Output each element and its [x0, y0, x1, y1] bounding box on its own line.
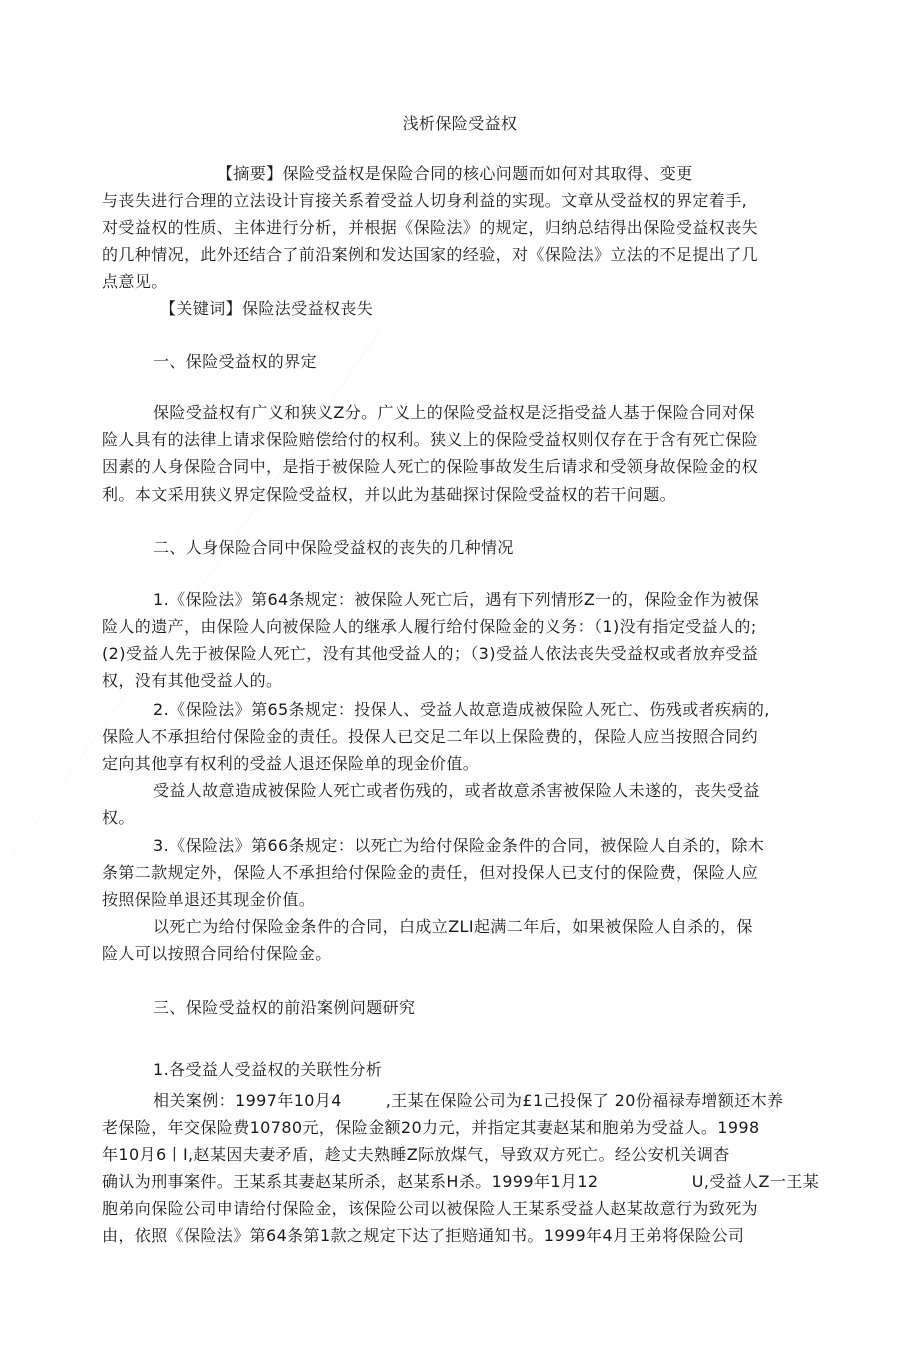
paragraph-line: 权，没有其他受益人的。 [102, 671, 282, 691]
abstract-line: 点意见。 [102, 272, 168, 292]
paragraph-line: 因素的人身保险合同中，是指于被保险人死亡的保险事故发生后请求和受领身故保险金的权 [102, 457, 758, 477]
paragraph-line: 险人的遗产，由保险人向被保险人的继承人履行给付保险金的义务：（1)没有指定受益人… [102, 617, 757, 637]
paragraph-line: 3.《保险法》第66条规定：以死亡为给付保险金条件的合同，被保险人自杀的，除木 [153, 836, 764, 856]
paragraph-line: 险人可以按照合同给付保险金。 [102, 944, 332, 964]
paragraph-line: 保险受益权有广义和狭义Z分。广义上的保险受益权是泛指受益人基于保险合同对保 [153, 403, 755, 423]
abstract-line: 对受益权的性质、主体进行分析，并根据《保险法》的规定，归纳总结得出保险受益权丧失 [102, 218, 758, 238]
section-heading: 三、保险受益权的前沿案例问题研究 [153, 998, 415, 1018]
paragraph-line: 年10月6丨I,赵某因夫妻矛盾，趁丈夫熟睡Z际放煤气，导致双方死亡。经公安机关调… [102, 1145, 730, 1165]
abstract-line: 与丧失进行合理的立法设计肓接关系着受益人切身利益的实现。文章从受益权的界定着手, [102, 191, 747, 211]
abstract-line: 的几种情况，此外还结合了前沿案例和发达国家的经验，对《保险法》立法的不足提出了几 [102, 245, 758, 265]
subsection-heading: 1.各受益人受益权的关联性分析 [153, 1060, 382, 1080]
paragraph-line: 权。 [102, 808, 135, 828]
paragraph-line: 受益人故意造成被保险人死亡或者伤残的，或者故意杀害被保险人未遂的，丧失受益 [153, 781, 760, 801]
paragraph-line: 险人具有的法律上请求保险赔偿给付的权利。狭义上的保险受益权则仅存在于含有死亡保险 [102, 430, 758, 450]
paragraph-line: 1.《保险法》第64条规定：被保险人死亡后，遇有下列情形Z一的，保险金作为被保 [153, 590, 759, 610]
paragraph-line: 胞弟向保险公司申请给付保险金，该保险公司以被保险人王某系受益人赵某故意行为致死为 [102, 1199, 758, 1219]
paragraph-line: 利。本文采用狭义界定保险受益权，并以此为基础探讨保险受益权的若干问题。 [102, 485, 676, 505]
document-page: 浅析保险受益权 【摘要】保险受益权是保险合同的核心问题而如何对其取得、变更 与丧… [0, 0, 920, 1361]
section-heading: 一、保险受益权的界定 [153, 352, 317, 372]
keywords: 【关键词】保险法受益权丧失 [160, 299, 373, 319]
paragraph-line: 条第二款规定外，保险人不承担给付保险金的责任，但对投保人已支付的保险费，保险人应 [102, 863, 758, 883]
paragraph-line: 定向其他享有权利的受益人退还保险单的现金价值。 [102, 754, 479, 774]
abstract-line: 【摘要】保险受益权是保险合同的核心问题而如何对其取得、变更 [217, 164, 693, 184]
document-title: 浅析保险受益权 [0, 114, 920, 134]
paragraph-line: 由，依照《保险法》第64条第1款之规定下达了拒赔通知书。1999年4月王弟将保险… [102, 1226, 744, 1246]
paragraph-line: 确认为刑事案件。王某系其妻赵某所杀，赵某系H杀。1999年1月12 U,受益人Z… [102, 1172, 819, 1192]
paragraph-line: 保险人不承担给付保险金的责任。投保人已交足二年以上保险费的，保险人应当按照合同约 [102, 727, 758, 747]
paragraph-line: 老保险，年交保险费10780元，保险金额20力元，并指定其妻赵某和胞弟为受益人。… [102, 1118, 760, 1138]
paragraph-line: 相关案例：1997年10月4 ,王某在保险公司为£1己投保了 20份福禄寿增额还… [153, 1091, 783, 1111]
paragraph-line: 2.《保险法》第65条规定：投保人、受益人故意造成被保险人死亡、伤残或者疾病的, [153, 700, 770, 720]
paragraph-line: 以死亡为给付保险金条件的合同，白成立ZLI起满二年后，如果被保险人自杀的，保 [153, 917, 753, 937]
paragraph-line: 按照保险单退还其现金价值。 [102, 890, 315, 910]
paragraph-line: (2)受益人先于被保险人死亡，没有其他受益人的；（3)受益人依法丧失受益权或者放… [102, 644, 758, 664]
section-heading: 二、人身保险合同中保险受益权的丧失的几种情况 [153, 538, 514, 558]
